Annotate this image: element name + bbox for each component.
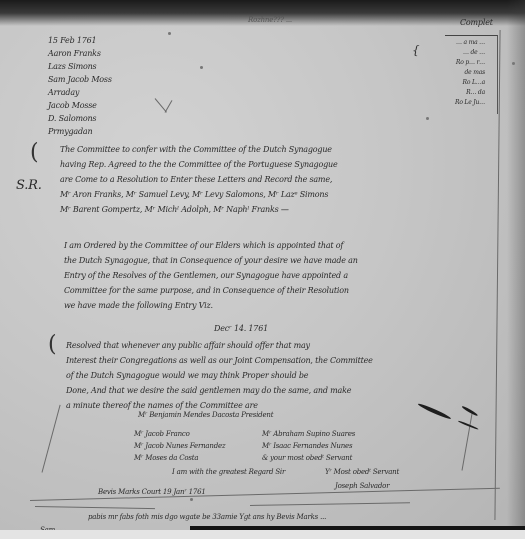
- paren-flourish-icon: (: [48, 332, 57, 357]
- list-date: 15 Feb 1761: [48, 34, 112, 47]
- text-line: Mʳ Barent Gompertz, Mʳ Michˡ Adolph, Mʳ …: [60, 202, 338, 217]
- right-note-line: Ro Le Ju…: [455, 98, 485, 108]
- brace-glyph: {: [412, 43, 419, 57]
- attendee-name: Arraday: [48, 86, 112, 99]
- signatory: Mʳ Isaac Fernandes Nunes: [262, 440, 355, 452]
- resolution-date: Decʳ 14. 1761: [214, 324, 268, 333]
- pencil-stroke: [35, 506, 155, 509]
- text-line: Committee for the same purpose, and in C…: [64, 283, 358, 298]
- right-note-line: Ro L…a: [455, 78, 485, 88]
- pencil-stroke: [462, 411, 473, 470]
- signatory: & your most obedᵗ Servant: [262, 452, 355, 464]
- signature: Joseph Salvador: [335, 482, 389, 490]
- right-note-line: Ro p… r…: [455, 58, 485, 68]
- ink-smudge: [417, 402, 452, 420]
- signatory: Mʳ Moses da Costa: [134, 452, 225, 464]
- right-note-line: … de …: [455, 48, 485, 58]
- paragraph-resolution: Resolved that whenever any public affair…: [66, 338, 373, 413]
- text-line: I am Ordered by the Committee of our Eld…: [64, 238, 358, 253]
- paper-speck: [512, 62, 515, 65]
- text-line: The Committee to confer with the Committ…: [60, 142, 338, 157]
- attendee-name: Lazs Simons: [48, 60, 112, 73]
- text-line: Resolved that whenever any public affair…: [66, 338, 373, 353]
- text-line: of the Dutch Synagogue would we may thin…: [66, 368, 373, 383]
- text-line: are Come to a Resolution to Enter these …: [60, 172, 338, 187]
- paren-flourish-icon: (: [30, 140, 39, 165]
- right-note-line: … a ma …: [455, 38, 485, 48]
- paper-speck: [190, 498, 193, 501]
- paper-speck: [168, 32, 171, 35]
- paper-speck: [426, 117, 429, 120]
- pencil-stroke: [42, 405, 61, 473]
- pencil-check: [165, 100, 173, 113]
- right-box-title: Complet: [460, 18, 493, 27]
- attendee-name: Prmygadan: [48, 125, 112, 138]
- text-line: Done, And that we desire the said gentle…: [66, 383, 373, 398]
- attendee-name: Aaron Franks: [48, 47, 112, 60]
- text-line: Mʳ Aron Franks, Mʳ Samuel Levy, Mʳ Levy …: [60, 187, 338, 202]
- text-line: the Dutch Synagogue, that in Consequence…: [64, 253, 358, 268]
- paragraph-order: I am Ordered by the Committee of our Eld…: [64, 238, 358, 313]
- paper-speck: [200, 66, 203, 69]
- attendee-name: D. Salomons: [48, 112, 112, 125]
- place-date: Bevis Marks Court 19 Janʳ 1761: [98, 488, 206, 496]
- scan-right-shadow: [507, 0, 525, 539]
- signatory: Mʳ Abraham Supino Suares: [262, 428, 355, 440]
- header-scribble: Rozhne??? ...: [248, 16, 292, 24]
- signatory: Mʳ Jacob Franco: [134, 428, 225, 440]
- right-note-line: de mas: [455, 68, 485, 78]
- closing-right: Yʳ Most obedᵗ Servant: [325, 468, 399, 476]
- margin-note: S.R.: [16, 178, 42, 193]
- attendee-name: Sam Jacob Moss: [48, 73, 112, 86]
- manuscript-page: Rozhne??? ... 15 Feb 1761 Aaron Franks L…: [0, 0, 525, 539]
- attendee-name: Jacob Mosse: [48, 99, 112, 112]
- paragraph-committee: The Committee to confer with the Committ…: [60, 142, 338, 217]
- footer-line: pabis mr fabs foth mis dgo wgate be 33am…: [88, 513, 326, 521]
- text-line: we have made the following Entry Viz.: [64, 298, 358, 313]
- attendee-list: 15 Feb 1761 Aaron Franks Lazs Simons Sam…: [48, 34, 112, 138]
- closing-text: I am with the greatest Regard Sir: [172, 468, 285, 476]
- signatories-left: Mʳ Jacob Franco Mʳ Jacob Nunes Fernandez…: [134, 428, 225, 464]
- bottom-scan-edge: [0, 530, 525, 539]
- pencil-stroke: [250, 502, 410, 506]
- text-line: Entry of the Resolves of the Gentlemen, …: [64, 268, 358, 283]
- right-note-line: R… da: [455, 88, 485, 98]
- text-line: Interest their Congregations as well as …: [66, 353, 373, 368]
- signatories-right: Mʳ Abraham Supino Suares Mʳ Isaac Fernan…: [262, 428, 355, 464]
- signatories-head: Mʳ Benjamin Mendes Dacosta President: [138, 411, 273, 419]
- right-note-lines: … a ma … … de … Ro p… r… de mas Ro L…a R…: [455, 38, 485, 108]
- ink-smudge: [461, 405, 478, 417]
- signatory: Mʳ Jacob Nunes Fernandez: [134, 440, 225, 452]
- text-line: having Rep. Agreed to the the Committee …: [60, 157, 338, 172]
